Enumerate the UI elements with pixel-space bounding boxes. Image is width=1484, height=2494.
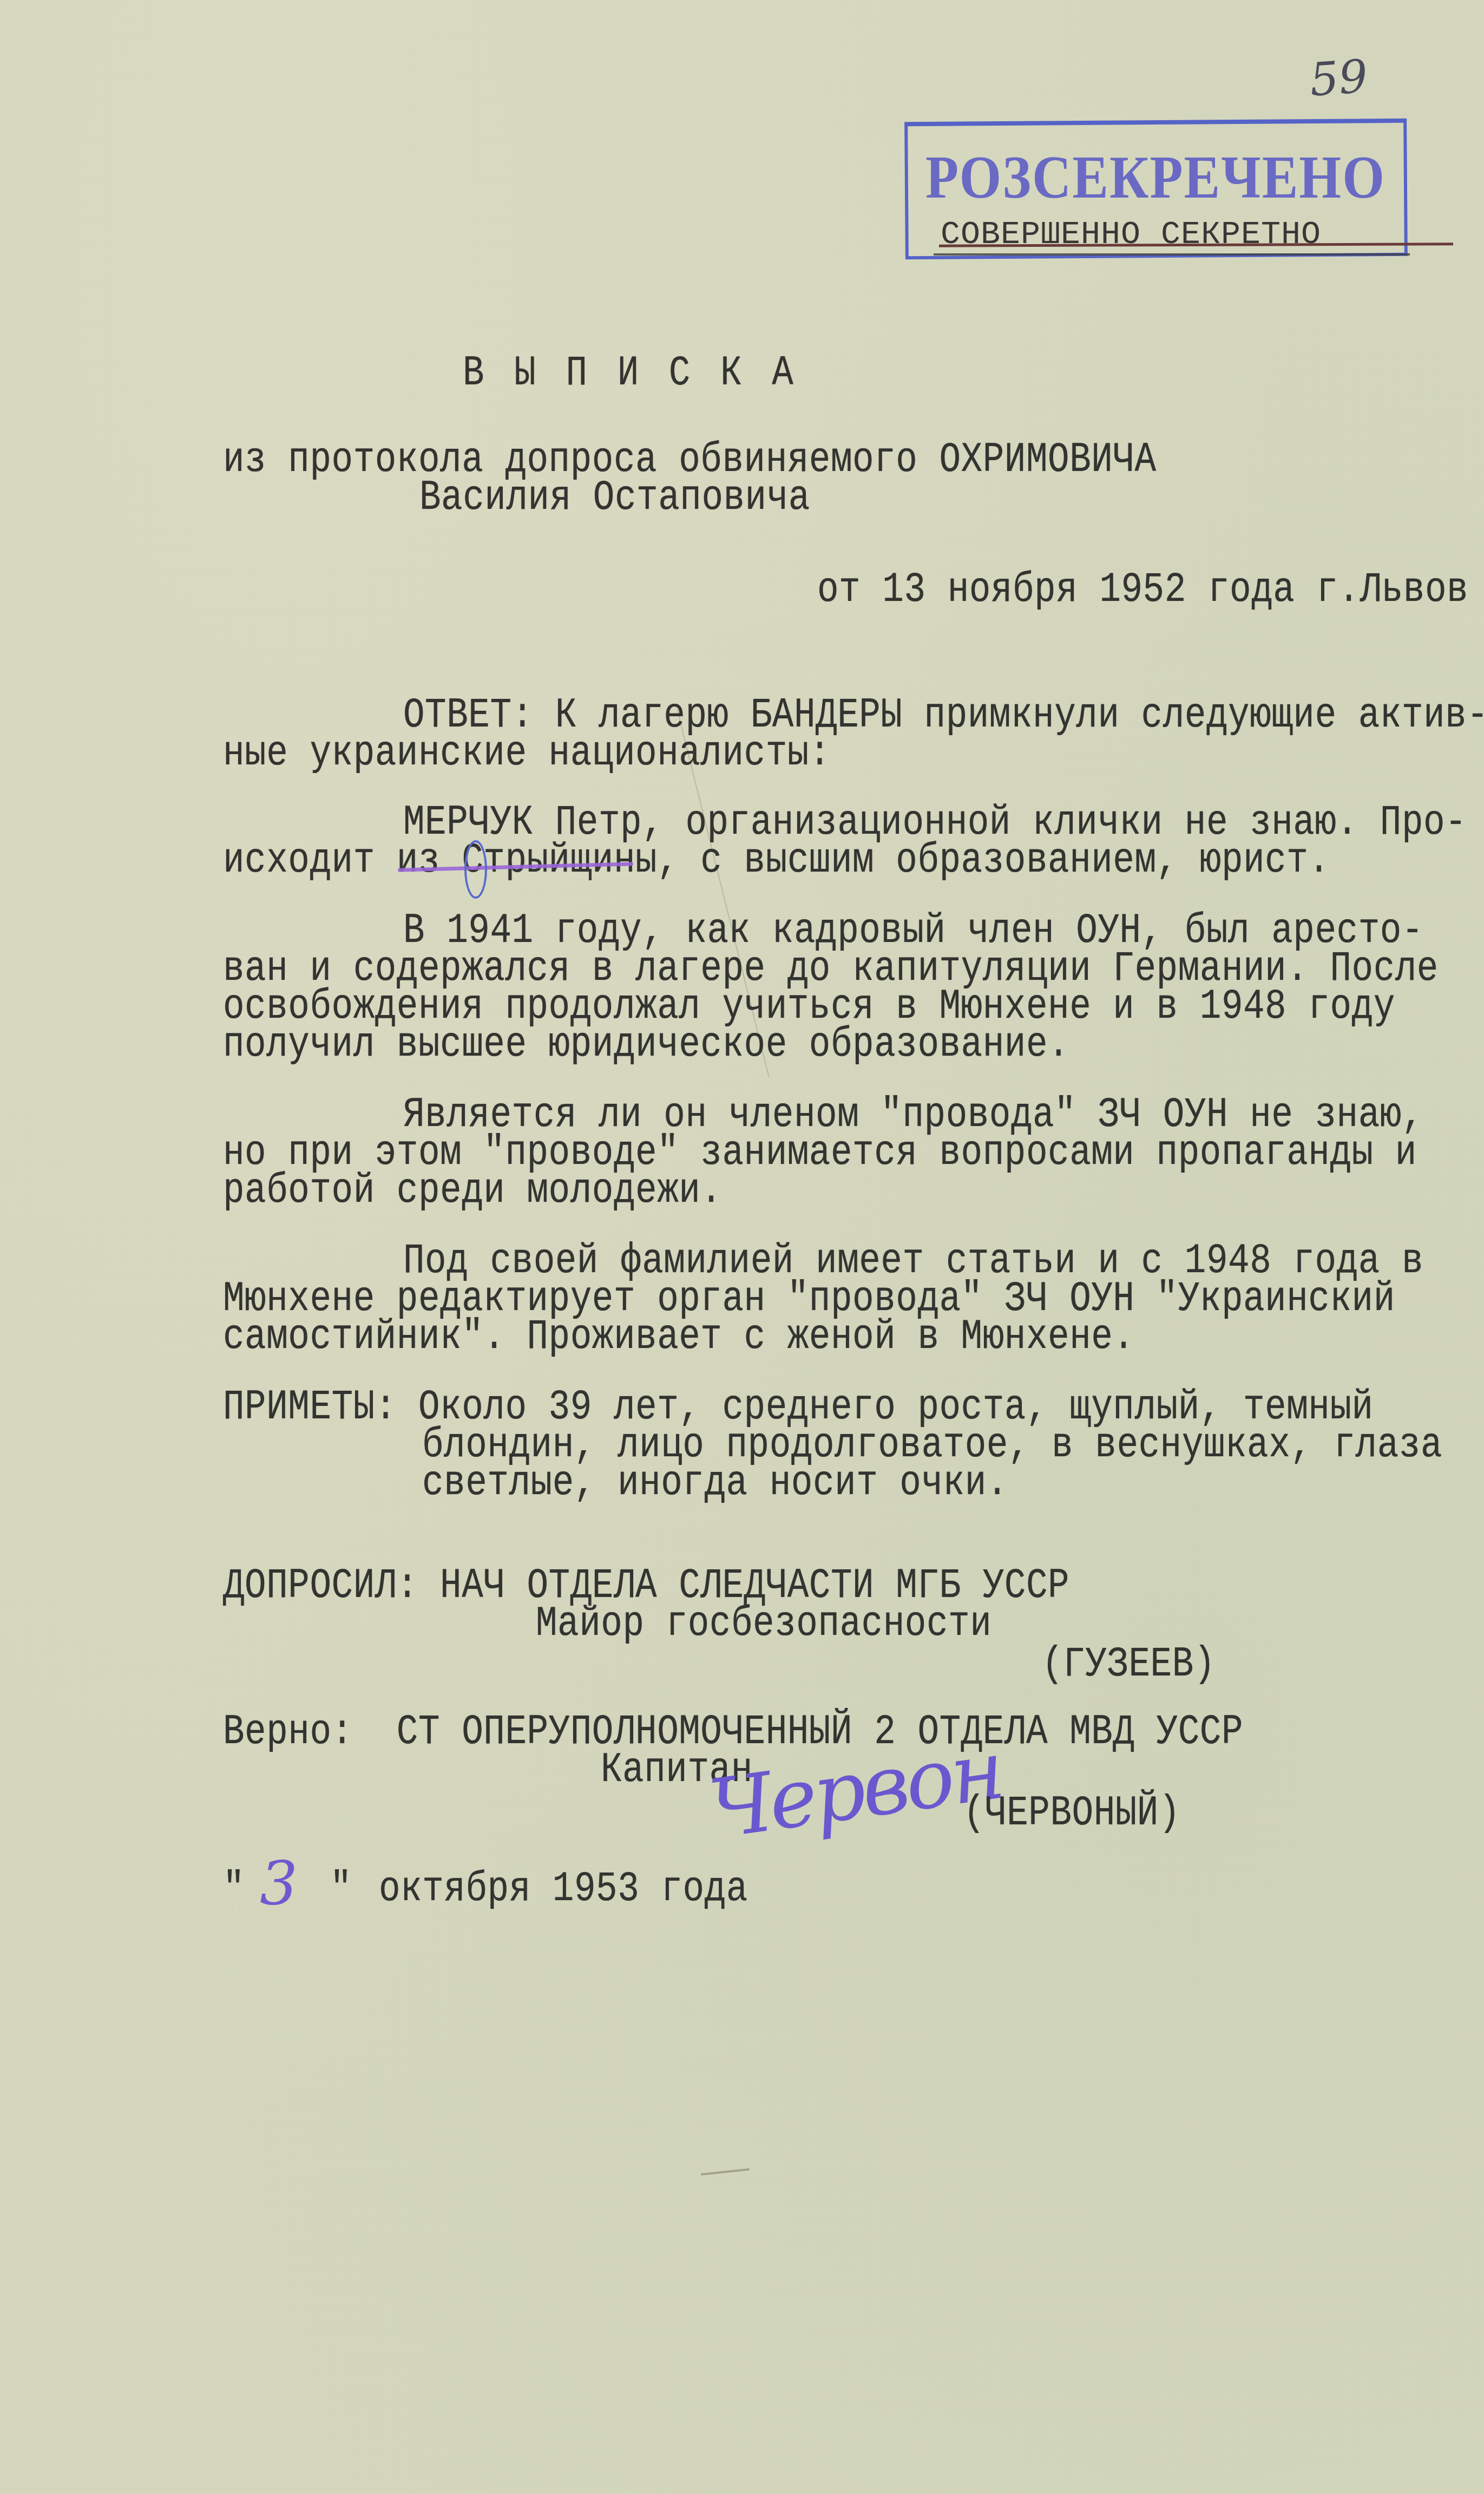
date-month-year: октября 1953 года (379, 1862, 748, 1916)
date-open-quote: " (223, 1862, 245, 1916)
body-line: работой среди молодежи. (223, 1164, 722, 1217)
classification-underline (934, 253, 1410, 256)
declassification-stamp: РОЗСЕКРЕЧЕНО (925, 142, 1385, 212)
pencil-mark (701, 2168, 750, 2175)
handwritten-day: 3 (260, 1849, 298, 1918)
interrogator-name: (ГУЗЕЕВ) (1042, 1638, 1216, 1691)
body-line: исходит из Стрыйщины, с высшим образован… (223, 834, 1330, 887)
body-line: ные украинские националисты: (223, 726, 831, 780)
pen-circle-mark (464, 840, 487, 899)
folio-number: 59 (1308, 49, 1369, 106)
subtitle-line-2: Василия Остаповича (419, 471, 810, 525)
date-close-quote: " (330, 1862, 352, 1916)
certified-name: (ЧЕРВОНЫЙ) (963, 1786, 1180, 1840)
struck-classification: СОВЕРШЕННО СЕКРЕТНО (941, 217, 1321, 253)
interrogator-rank: Майор госбезопасности (536, 1597, 991, 1651)
body-line: получил высшее юридическое образование. (223, 1018, 1069, 1071)
date-place: от 13 ноября 1952 года г.Львов (817, 563, 1468, 617)
body-line: самостийник". Проживает с женой в Мюнхен… (223, 1310, 1134, 1364)
document-title: В Ы П И С К А (463, 346, 798, 400)
document-page: 59 РОЗСЕКРЕЧЕНО СОВЕРШЕННО СЕКРЕТНО В Ы … (0, 0, 1484, 2494)
description-line: светлые, иногда носит очки. (422, 1456, 1008, 1510)
